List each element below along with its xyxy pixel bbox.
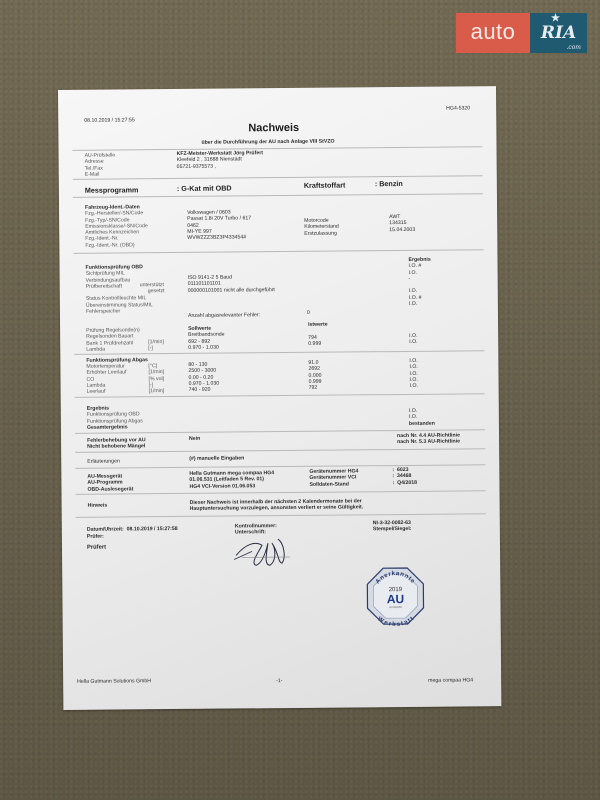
obd-results: Ergebnis I.O. #I.O. - I.O.I.O. #I.O.	[408, 257, 431, 308]
inspector-name: Prüfert	[87, 545, 106, 552]
notice-label: Hinweis	[88, 503, 108, 509]
equipment-values: Hella Gutmann mega compaa HG401.06.531 (…	[189, 470, 274, 490]
svg-text:W 000/000: W 000/000	[389, 605, 402, 609]
station-values: KFZ-Meister-Werkstatt Jörg Prüfert Kleef…	[177, 150, 264, 170]
divider	[73, 249, 483, 254]
explanations-value: (#) manuelle Eingaben	[189, 455, 244, 462]
obd-sublabels: unterstütztgesetzt	[140, 282, 165, 295]
equipment-right-values: : 6023 : 34468 : Q4/2018	[392, 467, 417, 486]
star-icon: ★	[551, 14, 560, 24]
equipment-labels: AU-MessgerätAU-ProgrammOBD-Auslesegerät	[87, 473, 133, 492]
program-label: Messprogramm	[85, 186, 139, 194]
fuel-value: : Benzin	[375, 180, 403, 188]
station-labels: AU-PrüfstelleAdresse Tel./FaxE-Mail	[85, 153, 116, 178]
divider	[73, 146, 483, 151]
divider	[75, 393, 485, 398]
datetime-field: Datum/Uhrzeit: 08.10.2019 / 15:27:58	[87, 526, 178, 533]
defect-labels: Fehlerbehebung vor AUNicht behobene Mäng…	[87, 437, 146, 450]
watermark-auto: auto	[456, 13, 530, 53]
vehicle-right-values: AWT13431515.04.2003	[389, 214, 415, 233]
program-value: : G-Kat mit OBD	[177, 184, 232, 192]
result-values: I.O.I.O. bestanden	[409, 408, 435, 427]
exhaust-actuals: 91.026920.000 0.999792	[308, 360, 321, 392]
exhaust-labels: MotortemperaturErhöhter LeerlaufCO Lambd…	[86, 363, 126, 395]
defect-value: Nein	[189, 436, 200, 442]
explanations-label: Erläuterungen	[87, 458, 120, 465]
station-phone: 05721-9375573 ,	[177, 163, 263, 170]
form-code: HG4-5320	[446, 105, 470, 112]
watermark-ria: ★ RIA .com	[530, 13, 587, 53]
au-workshop-seal: Anerkannte Werkstatt 2019 AU W 000/000	[364, 565, 427, 628]
divider	[75, 464, 485, 469]
vehicle-right-labels: MotorcodeKilometerstandErstzulassung	[304, 218, 339, 237]
notice-text: Dieser Nachweis ist innerhalb der nächst…	[190, 498, 364, 512]
probe-results: I.O.I.O.	[409, 333, 417, 346]
exhaust-setpoints: 80 - 1302500 - 30000.00 - 0.20 0.970 - 1…	[188, 362, 219, 394]
inspector-label: Prüfer:	[87, 534, 104, 540]
footer-page: -1-	[276, 678, 282, 684]
svg-text:AU: AU	[387, 592, 404, 606]
obd-values: ISO 9141-2 5 Baud01110110110100000010100…	[188, 274, 275, 294]
document-title: Nachweis	[248, 122, 299, 134]
divider	[76, 513, 486, 518]
overall-result: bestanden	[409, 420, 435, 427]
control-number-block: NI-3-32-0082-63 Stempel/Siegel:	[373, 520, 412, 533]
vehicle-labels: Fahrzeug-Ident.-Daten Fzg.-Hersteller/-S…	[85, 204, 148, 249]
result-labels: Ergebnis Funktionsprüfung OBDFunktionspr…	[87, 405, 143, 431]
probe-actual-heading: Istwerte	[308, 322, 328, 328]
exhaust-units: [°C][1/min][% vol] [-][1/min]	[148, 363, 164, 395]
document-subtitle: über die Durchführung der AU nach Anlage…	[201, 139, 334, 146]
print-datetime: 08.10.2019 / 15:27:55	[84, 117, 135, 124]
equipment-right-labels: Gerätenummer HG4Gerätenummer VCISolldate…	[309, 468, 358, 487]
probe-labels: Prüfung Regelsonde(n)Regelsonden Bauart …	[86, 327, 140, 353]
footer-company: Hella Gutmann Solutions GmbH	[77, 678, 151, 685]
divider	[73, 175, 483, 180]
defect-notes: nach Nr. 4.4 AU-Richtlinienach Nr. 5.3 A…	[397, 433, 460, 446]
obd-error-label: Anzahl abgasrelevanter Fehler:	[188, 312, 260, 319]
probe-units: [1/min][-]	[148, 339, 164, 352]
vehicle-values: Volkswagen / 0603Passat 1.8i 20V Turbo /…	[187, 209, 251, 241]
signature	[232, 533, 292, 570]
probe-actuals: 7940.999	[308, 335, 321, 348]
au-certificate-document: 08.10.2019 / 15:27:55 HG4-5320 Nachweis …	[58, 86, 501, 710]
probe-setpoints: Sollwerte Breitbandsonde692 - 8920.970 -…	[188, 326, 225, 352]
divider	[76, 490, 486, 495]
footer-device: mega compaa HG4	[428, 677, 473, 684]
autoria-watermark: auto ★ RIA .com	[456, 13, 587, 53]
fuel-label: Kraftstoffart	[304, 181, 346, 189]
exhaust-results: I.O.I.O.I.O. I.O.I.O.	[409, 358, 418, 390]
obd-error-count: 0	[307, 310, 310, 316]
